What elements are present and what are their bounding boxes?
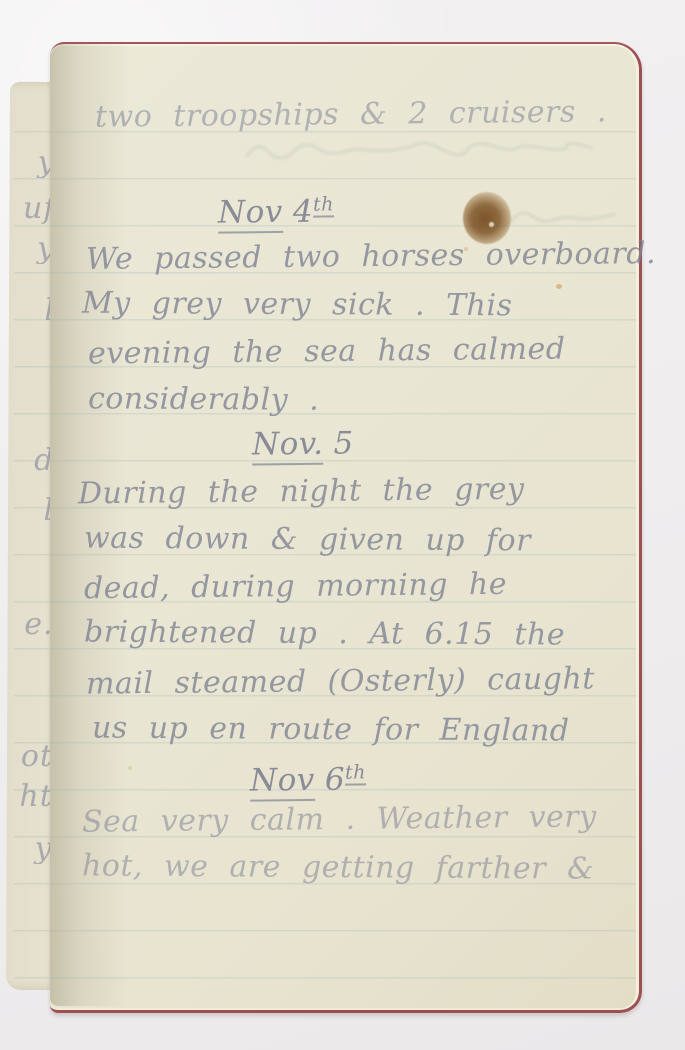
diary-line: dead, during morning he: [84, 568, 507, 606]
previous-page-text-fragment: ht: [13, 782, 53, 812]
diary-line: two troopships & 2 cruisers .: [95, 95, 607, 134]
heading-ordinal: th: [313, 193, 334, 217]
heading-ordinal: th: [345, 761, 366, 785]
diary-line: brightened up . At 6.15 the: [84, 616, 565, 653]
photo-background: y uf y l d l e. ot ht y two troopships &…: [0, 0, 685, 1050]
previous-page-text-fragment: y: [13, 834, 53, 864]
foxing-fleck: [556, 284, 562, 289]
diary-line: mail steamed (Osterly) caught: [86, 662, 595, 701]
diary-line: was down & given up for: [84, 522, 531, 559]
previous-page-text-fragment: ot: [13, 742, 53, 772]
diary-line: We passed two horses overboard.: [86, 237, 656, 277]
heading-month: Nov.: [252, 426, 324, 466]
entry-heading-nov-5: Nov.5: [252, 426, 354, 461]
foxing-fleck: [128, 766, 132, 770]
previous-page-text-fragment: d: [14, 446, 54, 476]
previous-page-text-fragment: e.: [14, 610, 54, 640]
diary-line: hot, we are getting farther &: [82, 849, 594, 886]
entry-heading-nov-4: Nov4th: [218, 187, 334, 230]
heading-day: 6: [325, 762, 346, 798]
diary-line: considerably .: [88, 382, 319, 417]
entry-heading-nov-6: Nov6th: [250, 755, 366, 798]
previous-page-text-fragment: l: [14, 496, 54, 526]
diary-line: During the night the grey: [78, 473, 525, 512]
diary-line: us up en route for England: [92, 712, 570, 749]
diary-line: My grey very sick . This: [82, 287, 513, 324]
heading-day: 5: [333, 425, 354, 461]
ink-stain: [463, 192, 511, 244]
diary-line: Sea very calm . Weather very: [82, 800, 597, 839]
diary-line: evening the sea has calmed: [88, 333, 566, 372]
heading-month: Nov: [250, 762, 315, 802]
heading-day: 4: [293, 194, 314, 230]
heading-month: Nov: [218, 194, 283, 234]
